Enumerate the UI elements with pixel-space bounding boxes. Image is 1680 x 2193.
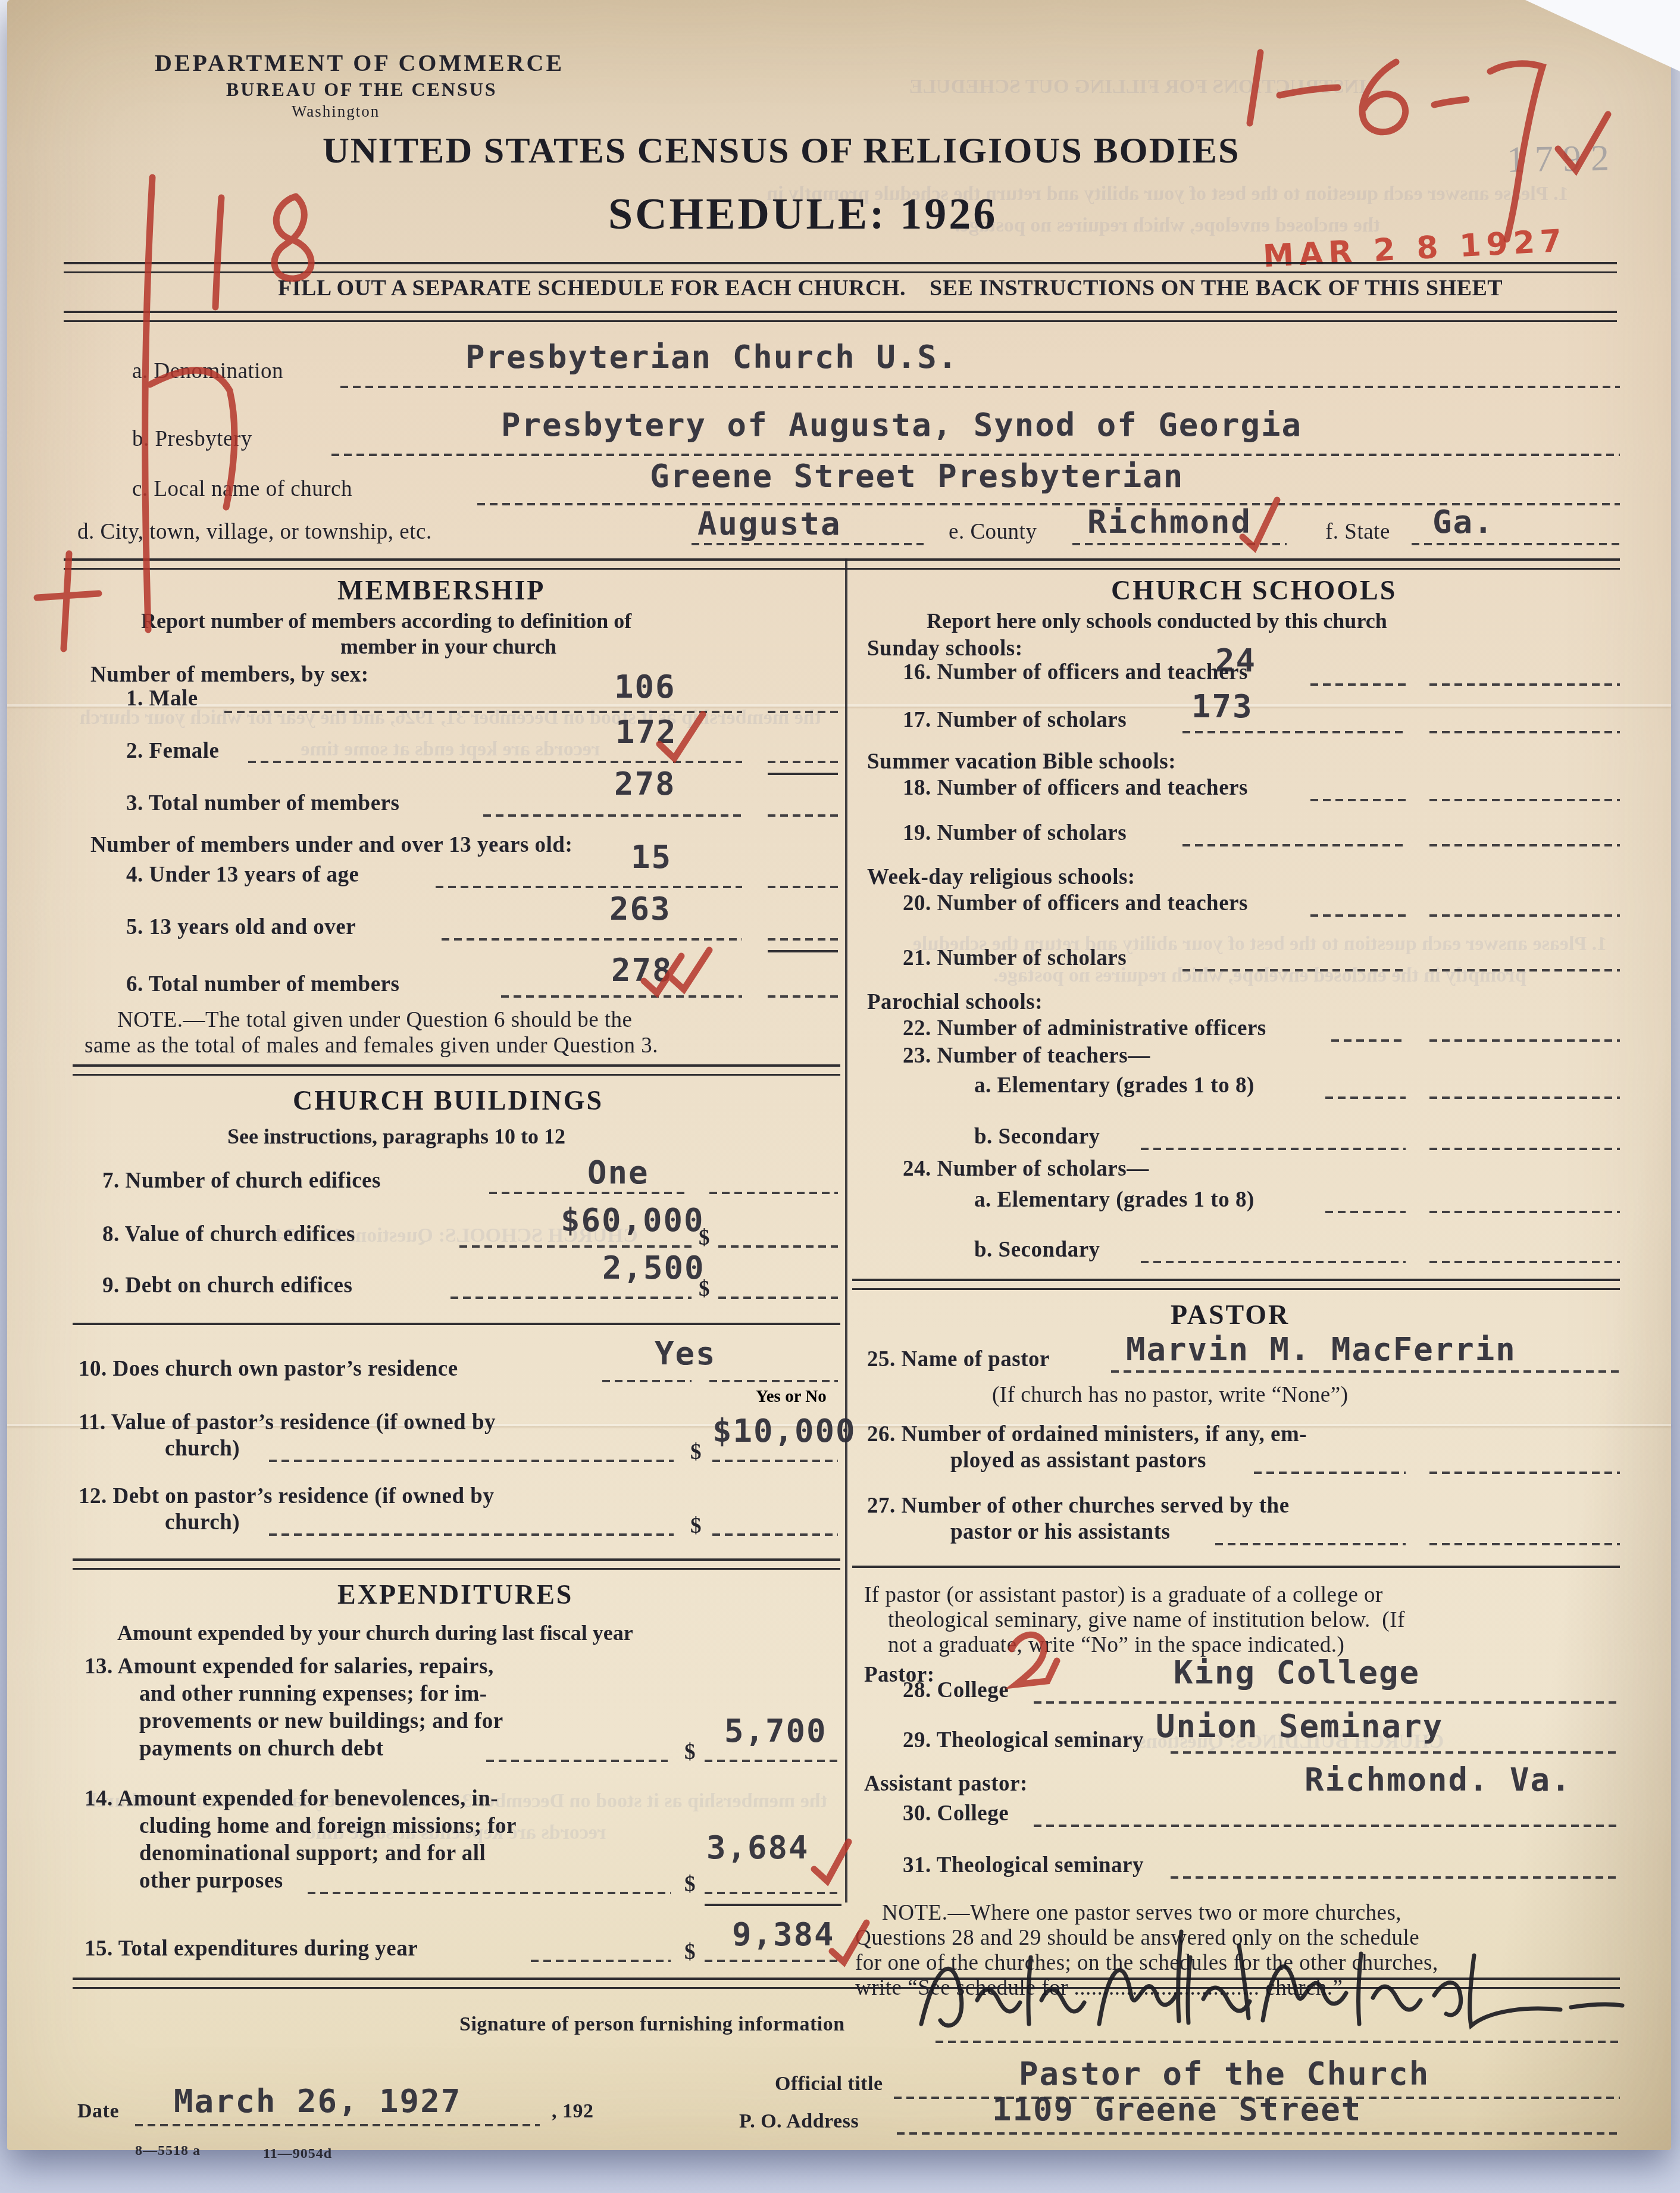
column-divider	[845, 558, 847, 1903]
q26-line1: 26. Number of ordained ministers, if any…	[867, 1422, 1307, 1447]
agency-city: Washington	[292, 102, 380, 121]
no-pastor-note: (If church has no pastor, write “None”)	[992, 1382, 1348, 1408]
sunday-officers-label: 16. Number of officers and teachers	[903, 660, 1248, 685]
presbytery-label: b. Presbytery	[132, 426, 252, 452]
membership-sub2: member in your church	[340, 634, 556, 659]
membership-sub1: Report number of members according to de…	[141, 608, 631, 633]
female-label: 2. Female	[126, 738, 220, 764]
edifices-count: One	[587, 1154, 649, 1191]
census-schedule-page: INSTRUCTIONS FOR FILLING OUT SCHEDULE 1.…	[7, 0, 1671, 2150]
q13-amount: 5,700	[724, 1712, 827, 1750]
po-address-value: 1109 Greene Street	[992, 2091, 1362, 2128]
q14-line2: cluding home and foreign missions; for	[139, 1813, 517, 1839]
scholars-label: 24. Number of scholars—	[903, 1156, 1149, 1182]
summer-officers-label: 18. Number of officers and teachers	[903, 775, 1248, 801]
college-value: King College	[1174, 1654, 1420, 1691]
q13-line4: payments on church debt	[139, 1736, 384, 1761]
seminary-value: Union Seminary	[1156, 1707, 1443, 1745]
assistant-seminary-label: 31. Theological seminary	[903, 1853, 1144, 1878]
expenditures-heading: EXPENDITURES	[337, 1579, 573, 1610]
edifices-debt: 2,500	[602, 1249, 705, 1286]
presbytery-value: Presbytery of Augusta, Synod of Georgia	[501, 406, 1302, 443]
membership-heading: MEMBERSHIP	[337, 574, 545, 606]
male-count: 106	[614, 668, 676, 705]
parochial-schools-heading: Parochial schools:	[867, 989, 1043, 1015]
q13-line1: 13. Amount expended for salaries, repair…	[85, 1654, 494, 1679]
residence-value-label-2: church)	[165, 1436, 240, 1461]
pastor-name-label: 25. Name of pastor	[867, 1347, 1050, 1372]
summer-schools-heading: Summer vacation Bible schools:	[867, 749, 1176, 774]
date-value: March 26, 1927	[174, 2082, 461, 2120]
edifices-value: $60,000	[561, 1201, 705, 1239]
po-address-label: P. O. Address	[739, 2110, 859, 2133]
q26-line2: ployed as assistant pastors	[950, 1448, 1206, 1473]
over-13-count: 263	[609, 890, 671, 927]
sunday-scholars-count: 173	[1191, 688, 1253, 725]
pastor-note-4: write “See schedule for ................…	[855, 1975, 1343, 2001]
weekday-scholars-label: 21. Number of scholars	[903, 945, 1127, 971]
total-members-q6-label: 6. Total number of members	[126, 971, 399, 997]
page-subtitle: SCHEDULE: 1926	[608, 189, 997, 240]
city-label: d. City, town, village, or township, etc…	[77, 519, 432, 545]
q14-line1: 14. Amount expended for benevolences, in…	[85, 1786, 498, 1811]
total-members-q6-count: 278	[611, 951, 673, 989]
summer-scholars-label: 19. Number of scholars	[903, 820, 1127, 846]
schools-heading: CHURCH SCHOOLS	[1111, 574, 1397, 606]
pastor-note-2: Questions 28 and 29 should be answered o…	[855, 1925, 1419, 1951]
parochial-officers-label: 22. Number of administrative officers	[903, 1016, 1266, 1041]
assistant-college-label: 30. College	[903, 1801, 1009, 1826]
dollar-sign: $	[690, 1439, 702, 1465]
dollar-sign: $	[699, 1276, 710, 1302]
fill-out-instruction: FILL OUT A SEPARATE SCHEDULE FOR EACH CH…	[278, 275, 1503, 301]
sunday-scholars-label: 17. Number of scholars	[903, 707, 1127, 733]
expenditures-sub: Amount expended by your church during la…	[117, 1620, 633, 1645]
seminary-label: 29. Theological seminary	[903, 1727, 1144, 1753]
q14-amount: 3,684	[706, 1829, 809, 1866]
q15-amount: 9,384	[732, 1916, 835, 1953]
under-13-count: 15	[631, 838, 672, 876]
denomination-label: a. Denomination	[132, 358, 283, 384]
residence-value: $10,000	[712, 1412, 856, 1449]
graduate-note-1: If pastor (or assistant pastor) is a gra…	[864, 1582, 1383, 1608]
yes-or-no-note: Yes or No	[756, 1387, 827, 1407]
residence-debt-label-2: church)	[165, 1510, 240, 1535]
weekday-schools-heading: Week-day religious schools:	[867, 864, 1135, 890]
under-13-label: 4. Under 13 years of age	[126, 862, 359, 888]
buildings-sub: See instructions, paragraphs 10 to 12	[227, 1124, 565, 1149]
pastor-heading: PASTOR	[1171, 1299, 1290, 1330]
sunday-schools-heading: Sunday schools:	[867, 636, 1022, 661]
dollar-sign: $	[699, 1225, 710, 1251]
official-title-value: Pastor of the Church	[1019, 2055, 1429, 2092]
residence-value-label-1: 11. Value of pastor’s residence (if owne…	[79, 1410, 496, 1435]
local-church-name-value: Greene Street Presbyterian	[650, 457, 1184, 495]
dollar-sign: $	[684, 1872, 696, 1897]
teachers-label: 23. Number of teachers—	[903, 1043, 1150, 1069]
assistant-pastor-label: Assistant pastor:	[864, 1771, 1028, 1797]
edifices-value-label: 8. Value of church edifices	[102, 1222, 355, 1247]
q14-line3: denominational support; and for all	[139, 1841, 486, 1866]
dollar-sign: $	[690, 1513, 702, 1539]
county-label: e. County	[949, 519, 1037, 545]
weekday-officers-label: 20. Number of officers and teachers	[903, 891, 1248, 916]
female-count: 172	[615, 713, 677, 751]
dollar-sign: $	[684, 1939, 696, 1965]
paper-crease	[7, 704, 1671, 707]
edifices-debt-label: 9. Debt on church edifices	[102, 1273, 352, 1298]
pastor-note-1: NOTE.—Where one pastor serves two or mor…	[882, 1900, 1401, 1926]
signature-label: Signature of person furnishing informati…	[459, 2013, 845, 2036]
membership-note-2: same as the total of males and females g…	[85, 1033, 658, 1058]
denomination-value: Presbyterian Church U.S.	[465, 338, 958, 376]
college-label: 28. College	[903, 1677, 1009, 1703]
membership-note-1: NOTE.—The total given under Question 6 s…	[117, 1007, 633, 1033]
schools-sub: Report here only schools conducted by th…	[927, 608, 1387, 633]
own-residence-label: 10. Does church own pastor’s residence	[79, 1356, 458, 1382]
date-year-suffix: , 192	[552, 2100, 594, 2123]
buildings-heading: CHURCH BUILDINGS	[293, 1085, 603, 1116]
date-label: Date	[77, 2100, 119, 2123]
q15-label: 15. Total expenditures during year	[85, 1936, 418, 1961]
teachers-secondary-label: b. Secondary	[974, 1124, 1100, 1149]
q14-line4: other purposes	[139, 1868, 283, 1894]
teachers-elementary-label: a. Elementary (grades 1 to 8)	[974, 1073, 1254, 1098]
q13-line3: provements or new buildings; and for	[139, 1708, 503, 1734]
q27-line2: pastor or his assistants	[950, 1519, 1170, 1545]
seminary-city-value: Richmond. Va.	[1304, 1761, 1572, 1798]
page-title: UNITED STATES CENSUS OF RELIGIOUS BODIES	[323, 130, 1240, 172]
county-value: Richmond	[1087, 503, 1252, 541]
total-members-label: 3. Total number of members	[126, 791, 399, 816]
residence-debt-label-1: 12. Debt on pastor’s residence (if owned…	[79, 1483, 494, 1509]
agency-department: DEPARTMENT OF COMMERCE	[155, 49, 564, 77]
by-sex-heading: Number of members, by sex:	[90, 662, 369, 688]
state-label: f. State	[1325, 519, 1390, 545]
q27-line1: 27. Number of other churches served by t…	[867, 1493, 1290, 1519]
own-residence-answer: Yes	[655, 1335, 717, 1372]
city-value: Augusta	[697, 505, 841, 542]
scanned-census-form-photo: INSTRUCTIONS FOR FILLING OUT SCHEDULE 1.…	[0, 0, 1680, 2193]
male-label: 1. Male	[126, 686, 198, 711]
agency-bureau: BUREAU OF THE CENSUS	[226, 79, 498, 101]
over-13-label: 5. 13 years old and over	[126, 914, 356, 940]
total-members-count: 278	[614, 765, 676, 802]
scholars-elementary-label: a. Elementary (grades 1 to 8)	[974, 1187, 1254, 1213]
form-code-1: 8—5518 a	[135, 2143, 201, 2159]
pastor-name-value: Marvin M. MacFerrin	[1126, 1330, 1516, 1368]
local-church-name-label: c. Local name of church	[132, 476, 352, 502]
age-heading: Number of members under and over 13 year…	[90, 832, 572, 858]
graduate-note-2: theological seminary, give name of insti…	[888, 1607, 1405, 1633]
form-code-2: 11—9054d	[263, 2146, 332, 2162]
ghost-stamp-number: 1792	[1506, 137, 1619, 181]
bleedthrough-text: INSTRUCTIONS FOR FILLING OUT SCHEDULE	[692, 71, 1584, 103]
dollar-sign: $	[684, 1739, 696, 1765]
official-title-label: Official title	[775, 2073, 883, 2095]
state-value: Ga.	[1432, 503, 1494, 541]
scholars-secondary-label: b. Secondary	[974, 1237, 1100, 1263]
q13-line2: and other running expenses; for im-	[139, 1681, 487, 1707]
edifices-label: 7. Number of church edifices	[102, 1168, 381, 1194]
pastor-note-3: for one of the churches; on the schedule…	[855, 1950, 1438, 1976]
